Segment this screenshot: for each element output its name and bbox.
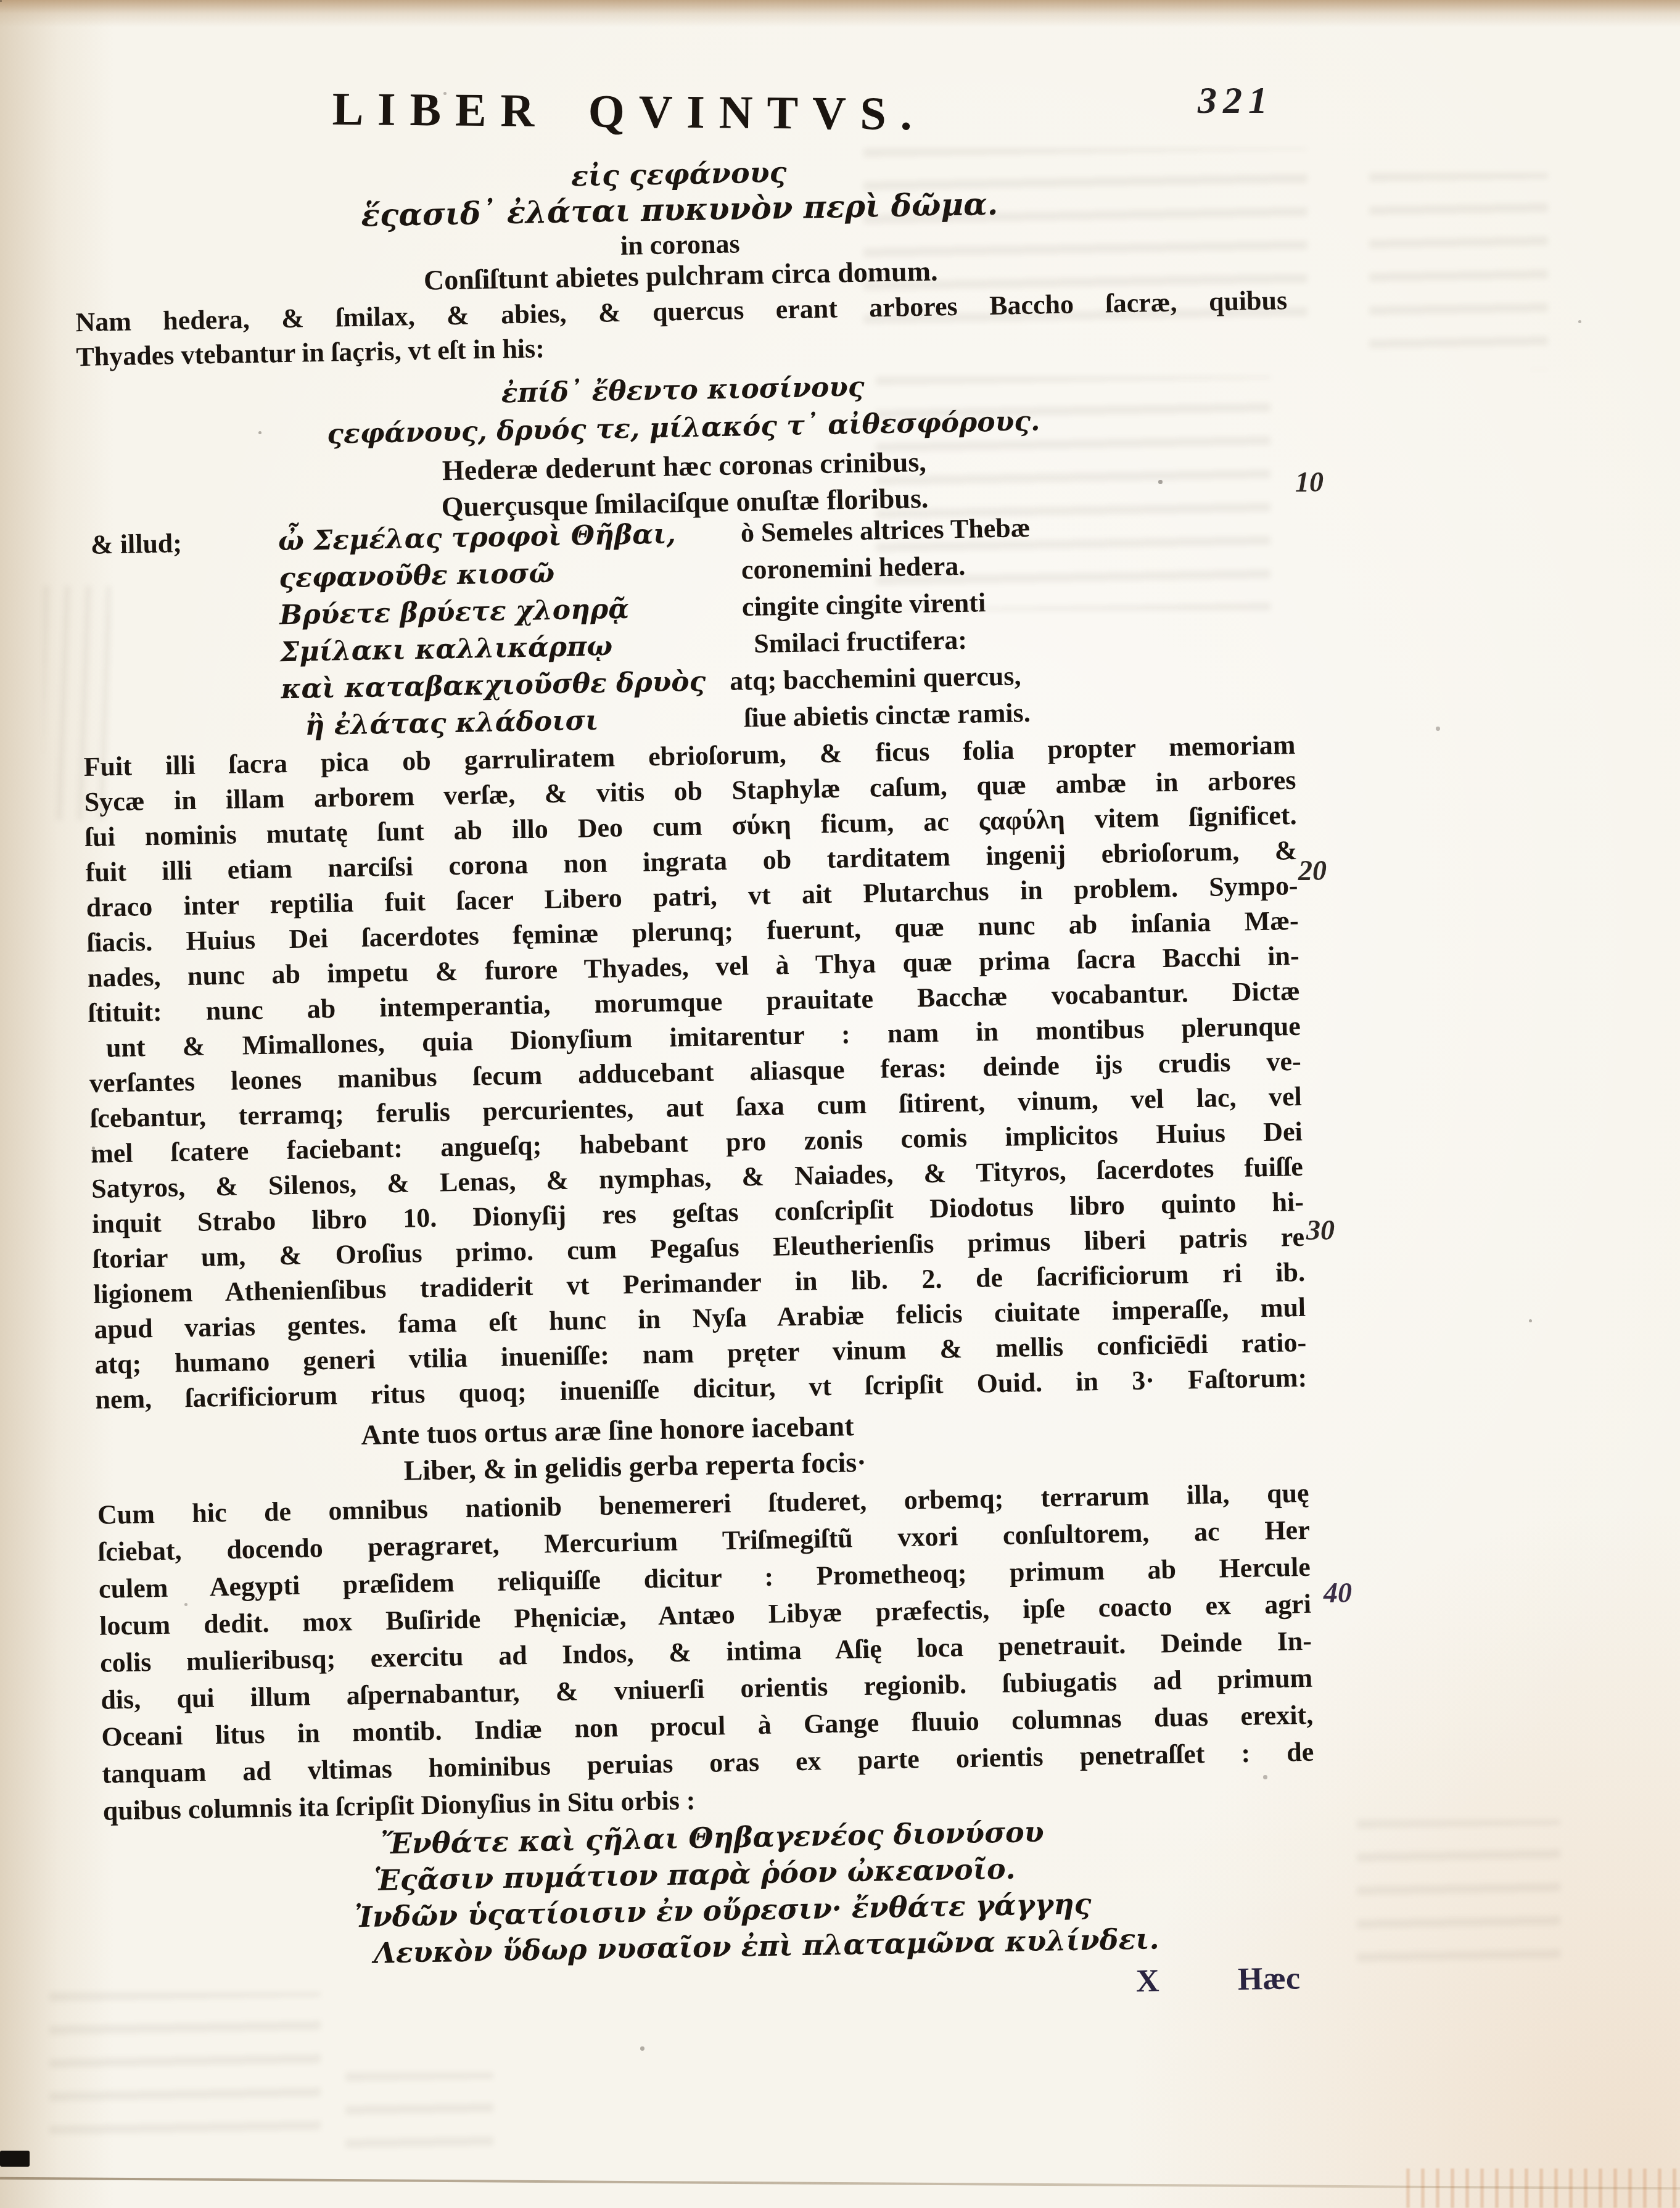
- parallel-greek-line: ἢ ἐλάτας κλάδοισι: [305, 705, 599, 743]
- book-page-scan: LIBER QVINTVS. 321 10 20 30 40 εἰς ςεφάν…: [0, 0, 1680, 2208]
- running-title: LIBER QVINTVS.: [86, 80, 1172, 143]
- parallel-greek-line: ςεφανοῦθε κιοσῶ: [279, 558, 555, 595]
- bleedthrough-smudge: [49, 1992, 321, 2134]
- bleedthrough-smudge: [43, 586, 111, 820]
- margin-line-number-20: 20: [1298, 854, 1327, 887]
- bleedthrough-smudge: [1369, 173, 1548, 370]
- parallel-latin-line: atq; bacchemini quercus,: [730, 660, 1021, 698]
- bleedthrough-smudge: [345, 2072, 493, 2152]
- parallel-latin-line: Smilaci fructifera:: [754, 624, 968, 660]
- dust-specks: [0, 0, 2, 2]
- bleedthrough-smudge: [863, 148, 1307, 333]
- bleedthrough-smudge: [1357, 1819, 1560, 1980]
- parallel-greek-line: Σμίλακι καλλικάρπῳ: [280, 630, 613, 669]
- parallel-greek-line: καὶ καταβακχιοῦσθε δρυὸς: [281, 666, 706, 706]
- parallel-latin-line: ſiue abietis cinctæ ramis.: [744, 697, 1031, 734]
- ovid-couplet-line: Liber, & in gelidis gerba reperta focis·: [403, 1446, 867, 1488]
- margin-line-number-40: 40: [1324, 1576, 1352, 1609]
- ovid-couplet-line: Ante tuos ortus aræ ſine honore iacebant: [361, 1409, 854, 1452]
- page-number: 321: [1198, 79, 1274, 123]
- catchword: Hæc: [1237, 1959, 1300, 1998]
- margin-line-number-30: 30: [1306, 1214, 1335, 1246]
- page-edge-streaks: [1406, 2169, 1680, 2208]
- scan-ink-mark: [0, 2151, 30, 2167]
- illud-label: & illud;: [91, 527, 183, 561]
- signature-mark: X: [1135, 1962, 1159, 2000]
- parallel-greek-line: ὦ Σεμέλας τροφοὶ Θῆβαι,: [278, 518, 677, 558]
- bleedthrough-smudge: [876, 376, 1270, 611]
- parallel-greek-line: Βρύετε βρύετε χλοηρᾷ: [279, 593, 630, 632]
